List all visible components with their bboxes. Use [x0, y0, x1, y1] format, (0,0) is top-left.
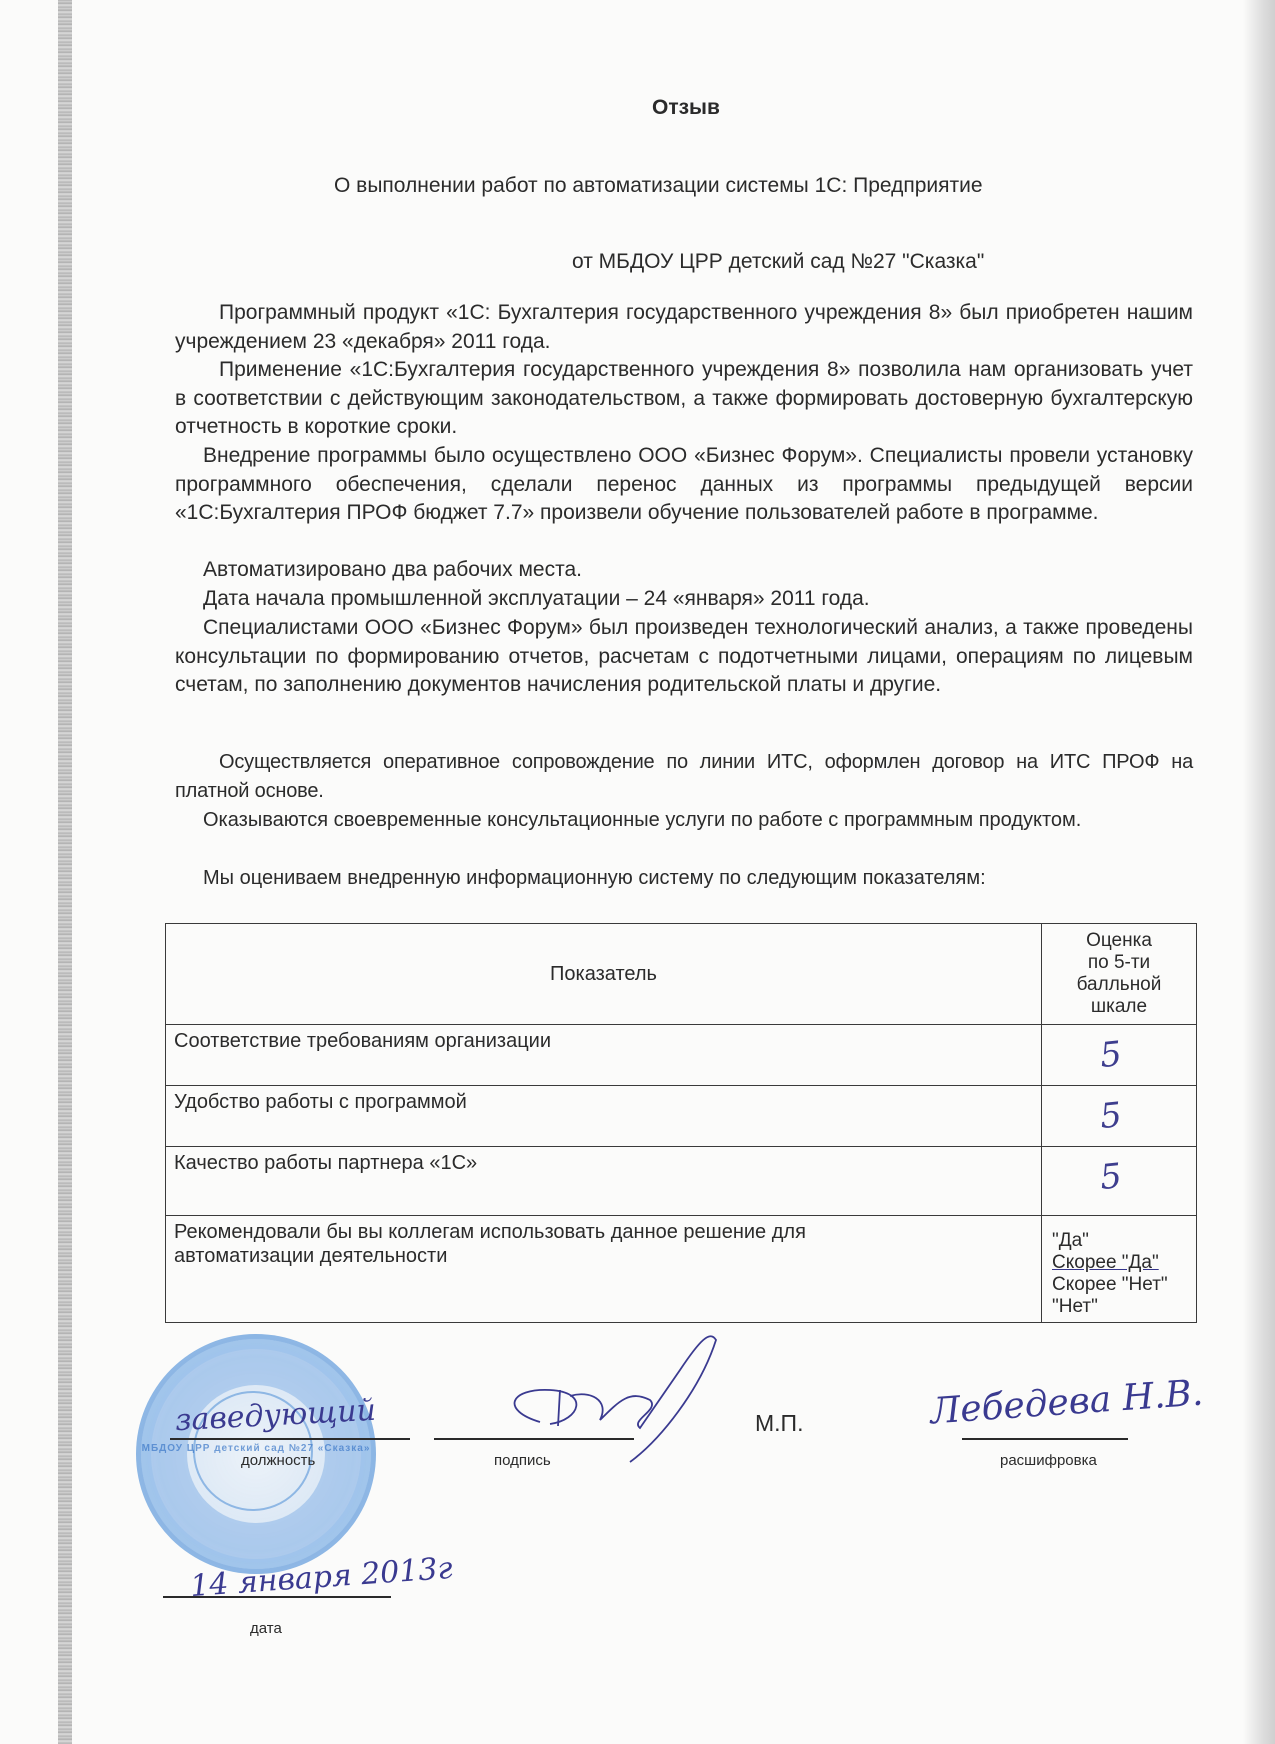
paragraph-application: Применение «1С:Бухгалтерия государственн… — [175, 356, 1193, 442]
signature-label: подпись — [494, 1452, 551, 1469]
table-row: Соответствие требованиям организации 5 — [166, 1025, 1197, 1086]
table-header-row: Показатель Оценка по 5-ти балльной шкале — [166, 924, 1197, 1025]
handwritten-score: 5 — [1099, 1042, 1123, 1068]
indicator-cell: Удобство работы с программой — [166, 1086, 1042, 1147]
score-cell: 5 — [1042, 1086, 1197, 1147]
table-row: Качество работы партнера «1С» 5 — [166, 1147, 1197, 1216]
position-line — [170, 1438, 410, 1440]
option-no: "Нет" — [1052, 1296, 1188, 1318]
paragraph-services: Оказываются своевременные консультационн… — [175, 806, 1193, 835]
paragraph-implementation: Внедрение программы было осуществлено ОО… — [175, 442, 1193, 528]
indicator-cell: Рекомендовали бы вы коллегам использоват… — [166, 1216, 1042, 1323]
paragraph-purchase: Программный продукт «1С: Бухгалтерия гос… — [175, 299, 1193, 356]
indicator-cell: Соответствие требованиям организации — [166, 1025, 1042, 1086]
header-score: Оценка по 5-ти балльной шкале — [1042, 924, 1197, 1025]
paragraph-support: Осуществляется оперативное сопровождение… — [175, 748, 1193, 805]
score-cell: 5 — [1042, 1025, 1197, 1086]
ratings-table: Показатель Оценка по 5-ти балльной шкале… — [165, 923, 1197, 1323]
paragraph-consulting: Специалистами ООО «Бизнес Форум» был про… — [175, 614, 1193, 700]
from-line: от МБДОУ ЦРР детский сад №27 "Сказка" — [572, 250, 984, 274]
handwritten-score: 5 — [1099, 1103, 1123, 1129]
document-subtitle: О выполнении работ по автоматизации сист… — [334, 174, 983, 198]
paragraph-workplaces: Автоматизировано два рабочих места. — [175, 556, 1193, 585]
signature-scribble-icon — [480, 1330, 740, 1470]
name-label: расшифровка — [1000, 1452, 1097, 1469]
recommend-options-cell: "Да" Скорее "Да" Скорее "Нет" "Нет" — [1042, 1216, 1197, 1323]
option-yes: "Да" — [1052, 1230, 1188, 1252]
score-cell: 5 — [1042, 1147, 1197, 1216]
table-row: Рекомендовали бы вы коллегам использоват… — [166, 1216, 1197, 1323]
scan-edge-right — [1243, 0, 1275, 1744]
option-rather-yes-selected: Скорее "Да" — [1052, 1252, 1188, 1274]
scan-edge-left — [58, 0, 72, 1744]
seal-label: М.П. — [755, 1410, 803, 1437]
document-title: Отзыв — [652, 96, 720, 120]
option-rather-no: Скорее "Нет" — [1052, 1274, 1188, 1296]
indicator-cell: Качество работы партнера «1С» — [166, 1147, 1042, 1216]
position-label: должность — [241, 1452, 315, 1469]
handwritten-name: Лебедева Н.В. — [929, 1373, 1205, 1433]
handwritten-score: 5 — [1099, 1164, 1123, 1190]
header-indicator: Показатель — [166, 924, 1042, 1025]
paragraph-evaluation-intro: Мы оцениваем внедренную информационную с… — [175, 864, 1193, 893]
name-line — [962, 1438, 1128, 1440]
paragraph-start-date: Дата начала промышленной эксплуатации – … — [175, 585, 1193, 614]
table-row: Удобство работы с программой 5 — [166, 1086, 1197, 1147]
date-label: дата — [250, 1620, 282, 1637]
